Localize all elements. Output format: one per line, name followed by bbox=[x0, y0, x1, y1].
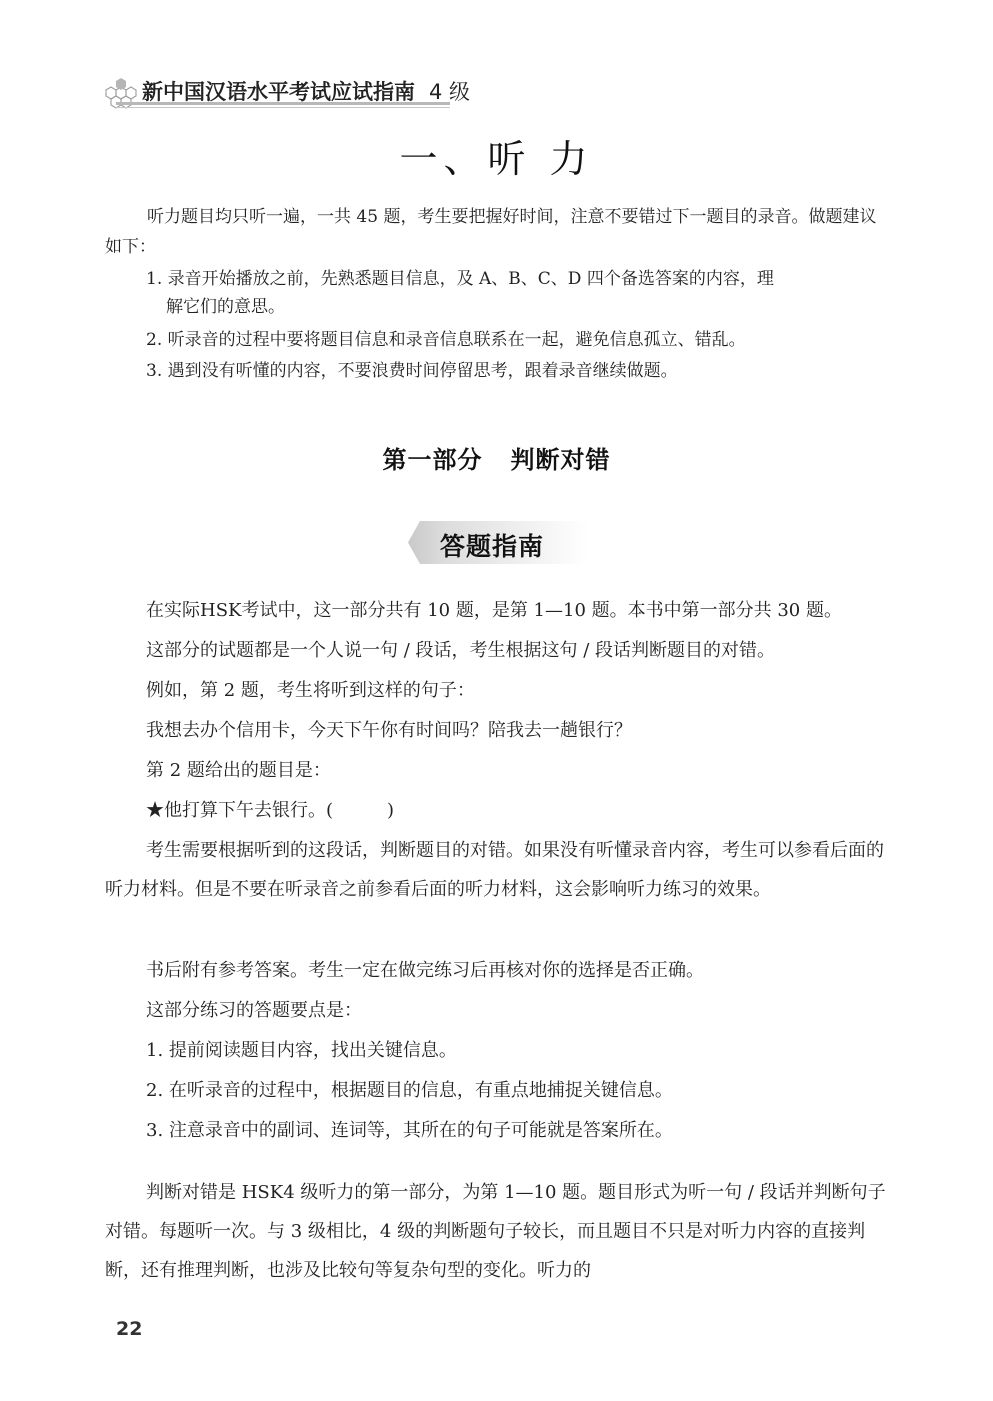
running-header: 新中国汉语水平考试应试指南4 级 bbox=[100, 74, 460, 114]
chapter-title: 一、听 力 bbox=[0, 128, 993, 183]
level-label: 4 级 bbox=[429, 80, 470, 104]
header-rule bbox=[116, 102, 450, 105]
tip-item: 1. 录音开始播放之前，先熟悉题目信息，及 A、B、C、D 四个备选答案的内容，… bbox=[146, 265, 886, 321]
example-sentence: 我想去办个信用卡，今天下午你有时间吗？陪我去一趟银行？ bbox=[146, 711, 891, 751]
header-rule-thin bbox=[116, 107, 450, 108]
guide-label: 答题指南 bbox=[440, 527, 544, 563]
guide-line: 这部分的试题都是一个人说一句 / 段话，考生根据这句 / 段话判断题目的对错。 bbox=[146, 631, 891, 671]
key-point: 2. 在听录音的过程中，根据题目的信息，有重点地捕捉关键信息。 bbox=[146, 1071, 891, 1111]
book-title-text: 新中国汉语水平考试应试指南 bbox=[142, 80, 415, 104]
summary-paragraph: 判断对错是 HSK4 级听力的第一部分，为第 1—10 题。题目形式为听一句 /… bbox=[105, 1173, 890, 1290]
section-title: 第一部分判断对错 bbox=[0, 440, 993, 475]
tip-1-continuation: 解它们的意思。 bbox=[146, 293, 886, 321]
key-points-intro: 这部分练习的答题要点是： bbox=[146, 991, 891, 1031]
tip-1-text: 1. 录音开始播放之前，先熟悉题目信息，及 A、B、C、D 四个备选答案的内容，… bbox=[146, 269, 774, 289]
example-question: ★他打算下午去银行。( ) bbox=[146, 791, 891, 831]
answer-note: 书后附有参考答案。考生一定在做完练习后再核对你的选择是否正确。 bbox=[146, 951, 891, 991]
page-number: 22 bbox=[116, 1318, 142, 1340]
section-name: 判断对错 bbox=[511, 446, 611, 474]
tip-item: 3. 遇到没有听懂的内容，不要浪费时间停留思考，跟着录音继续做题。 bbox=[146, 357, 886, 385]
tip-item: 2. 听录音的过程中要将题目信息和录音信息联系在一起，避免信息孤立、错乱。 bbox=[146, 326, 886, 354]
guide-line: 第 2 题给出的题目是： bbox=[146, 751, 891, 791]
note-paragraph: 考生需要根据听到的这段话，判断题目的对错。如果没有听懂录音内容，考生可以参看后面… bbox=[105, 831, 890, 909]
key-point: 3. 注意录音中的副词、连词等，其所在的句子可能就是答案所在。 bbox=[146, 1111, 891, 1151]
guide-line: 例如，第 2 题，考生将听到这样的句子： bbox=[146, 671, 891, 711]
guide-banner: 答题指南 bbox=[408, 521, 588, 564]
guide-line: 在实际HSK考试中，这一部分共有 10 题，是第 1—10 题。本书中第一部分共… bbox=[146, 591, 891, 631]
key-point: 1. 提前阅读题目内容，找出关键信息。 bbox=[146, 1031, 891, 1071]
section-part: 第一部分 bbox=[383, 446, 483, 474]
intro-paragraph: 听力题目均只听一遍，一共 45 题，考生要把握好时间，注意不要错过下一题目的录音… bbox=[105, 202, 885, 262]
